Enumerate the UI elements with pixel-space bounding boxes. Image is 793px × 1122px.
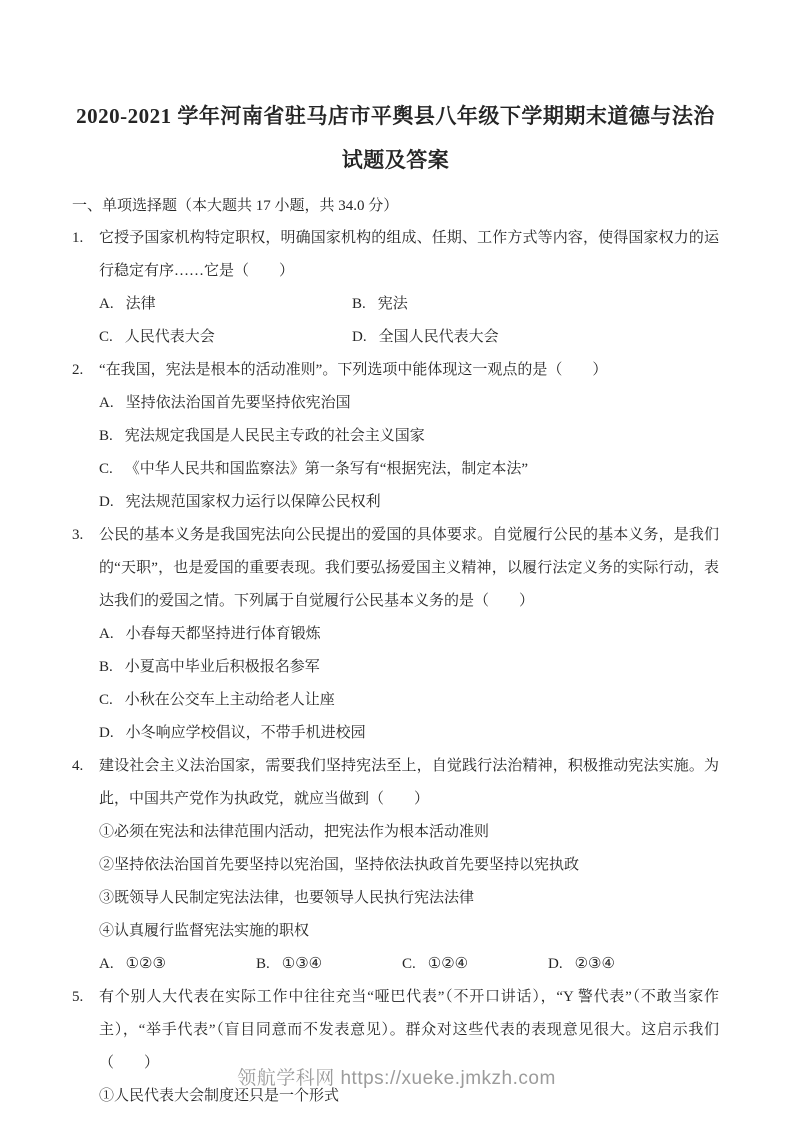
option-b: B.小夏高中毕业后积极报名参军 — [99, 651, 719, 684]
option-text: ①②④ — [428, 956, 468, 972]
option-text: 宪法规定我国是人民民主专政的社会主义国家 — [125, 428, 425, 444]
option-label: B. — [99, 420, 113, 453]
option-label: A. — [99, 618, 114, 651]
footer-watermark: 领航学科网 https://xueke.jmkzh.com — [0, 1063, 793, 1090]
option-text: 《中华人民共和国监察法》第一条写有“根据宪法，制定本法” — [125, 461, 528, 477]
sub-item-3: ③既领导人民制定宪法法律，也要领导人民执行宪法法律 — [99, 882, 719, 915]
section-heading: 一、单项选择题（本大题共 17 小题，共 34.0 分） — [72, 190, 719, 222]
option-text: ①③④ — [282, 956, 322, 972]
options-group: A.法律 B.宪法 C.人民代表大会 D.全国人民代表大会 — [99, 288, 719, 354]
options-group: A.坚持依法治国首先要坚持依宪治国 B.宪法规定我国是人民民主专政的社会主义国家… — [99, 387, 719, 519]
option-label: A. — [99, 387, 114, 420]
option-c: C.①②④ — [402, 948, 548, 981]
option-text: 小冬响应学校倡议，不带手机进校园 — [126, 725, 366, 741]
option-a: A.小春每天都坚持进行体育锻炼 — [99, 618, 719, 651]
sub-item-1: ①必须在宪法和法律范围内活动，把宪法作为根本活动准则 — [99, 816, 719, 849]
option-label: C. — [99, 453, 113, 486]
option-text: 坚持依法治国首先要坚持依宪治国 — [126, 395, 351, 411]
option-label: B. — [352, 288, 366, 321]
option-text: 宪法 — [378, 296, 408, 312]
question-3: 3. 公民的基本义务是我国宪法向公民提出的爱国的具体要求。自觉履行公民的基本义务… — [72, 519, 719, 750]
option-text: 人民代表大会 — [125, 329, 215, 345]
question-stem: 它授予国家机构特定职权，明确国家机构的组成、任期、工作方式等内容，使得国家权力的… — [99, 222, 719, 288]
question-number: 1. — [72, 222, 99, 354]
option-label: A. — [99, 288, 114, 321]
option-d: D.全国人民代表大会 — [352, 321, 719, 354]
question-4: 4. 建设社会主义法治国家，需要我们坚持宪法至上，自觉践行法治精神，积极推动宪法… — [72, 750, 719, 981]
option-c: C.《中华人民共和国监察法》第一条写有“根据宪法，制定本法” — [99, 453, 719, 486]
option-text: 全国人民代表大会 — [379, 329, 499, 345]
option-text: ②③④ — [575, 956, 615, 972]
option-d: D.宪法规范国家权力运行以保障公民权利 — [99, 486, 719, 519]
option-a: A.①②③ — [99, 948, 256, 981]
option-a: A.坚持依法治国首先要坚持依宪治国 — [99, 387, 719, 420]
option-text: 宪法规范国家权力运行以保障公民权利 — [126, 494, 381, 510]
option-b: B.宪法 — [352, 288, 719, 321]
exam-document-page: 2020-2021 学年河南省驻马店市平舆县八年级下学期期末道德与法治 试题及答… — [0, 0, 793, 1122]
question-number: 2. — [72, 354, 99, 519]
option-c: C.小秋在公交车上主动给老人让座 — [99, 684, 719, 717]
option-label: A. — [99, 948, 114, 981]
question-5: 5. 有个别人大代表在实际工作中往往充当“哑巴代表”（不开口讲话），“Y 警代表… — [72, 981, 719, 1113]
document-title-line2: 试题及答案 — [72, 138, 719, 182]
option-c: C.人民代表大会 — [99, 321, 352, 354]
question-stem: “在我国，宪法是根本的活动准则”。下列选项中能体现这一观点的是（ ） — [99, 354, 719, 387]
option-text: 法律 — [126, 296, 156, 312]
option-b: B.①③④ — [256, 948, 402, 981]
question-stem: 建设社会主义法治国家，需要我们坚持宪法至上，自觉践行法治精神，积极推动宪法实施。… — [99, 750, 719, 816]
document-title-line1: 2020-2021 学年河南省驻马店市平舆县八年级下学期期末道德与法治 — [72, 94, 719, 138]
document-title: 2020-2021 学年河南省驻马店市平舆县八年级下学期期末道德与法治 试题及答… — [72, 94, 719, 182]
option-label: D. — [99, 717, 114, 750]
option-text: ①②③ — [126, 956, 166, 972]
option-d: D.②③④ — [548, 948, 719, 981]
question-number: 4. — [72, 750, 99, 981]
option-a: A.法律 — [99, 288, 352, 321]
option-label: D. — [548, 948, 563, 981]
question-stem: 公民的基本义务是我国宪法向公民提出的爱国的具体要求。自觉履行公民的基本义务，是我… — [99, 519, 719, 618]
option-b: B.宪法规定我国是人民民主专政的社会主义国家 — [99, 420, 719, 453]
question-1: 1. 它授予国家机构特定职权，明确国家机构的组成、任期、工作方式等内容，使得国家… — [72, 222, 719, 354]
option-text: 小夏高中毕业后积极报名参军 — [125, 659, 320, 675]
option-label: C. — [99, 321, 113, 354]
sub-item-4: ④认真履行监督宪法实施的职权 — [99, 915, 719, 948]
option-label: D. — [352, 321, 367, 354]
question-number: 3. — [72, 519, 99, 750]
option-text: 小秋在公交车上主动给老人让座 — [125, 692, 335, 708]
option-label: C. — [402, 948, 416, 981]
option-text: 小春每天都坚持进行体育锻炼 — [126, 626, 321, 642]
option-label: D. — [99, 486, 114, 519]
question-2: 2. “在我国，宪法是根本的活动准则”。下列选项中能体现这一观点的是（ ） A.… — [72, 354, 719, 519]
option-label: C. — [99, 684, 113, 717]
sub-items-group: ①必须在宪法和法律范围内活动，把宪法作为根本活动准则 ②坚持依法治国首先要坚持以… — [99, 816, 719, 948]
options-group: A.①②③ B.①③④ C.①②④ D.②③④ — [99, 948, 719, 981]
sub-item-2: ②坚持依法治国首先要坚持以宪治国，坚持依法执政首先要坚持以宪执政 — [99, 849, 719, 882]
option-label: B. — [99, 651, 113, 684]
options-group: A.小春每天都坚持进行体育锻炼 B.小夏高中毕业后积极报名参军 C.小秋在公交车… — [99, 618, 719, 750]
option-d: D.小冬响应学校倡议，不带手机进校园 — [99, 717, 719, 750]
option-label: B. — [256, 948, 270, 981]
question-number: 5. — [72, 981, 99, 1113]
